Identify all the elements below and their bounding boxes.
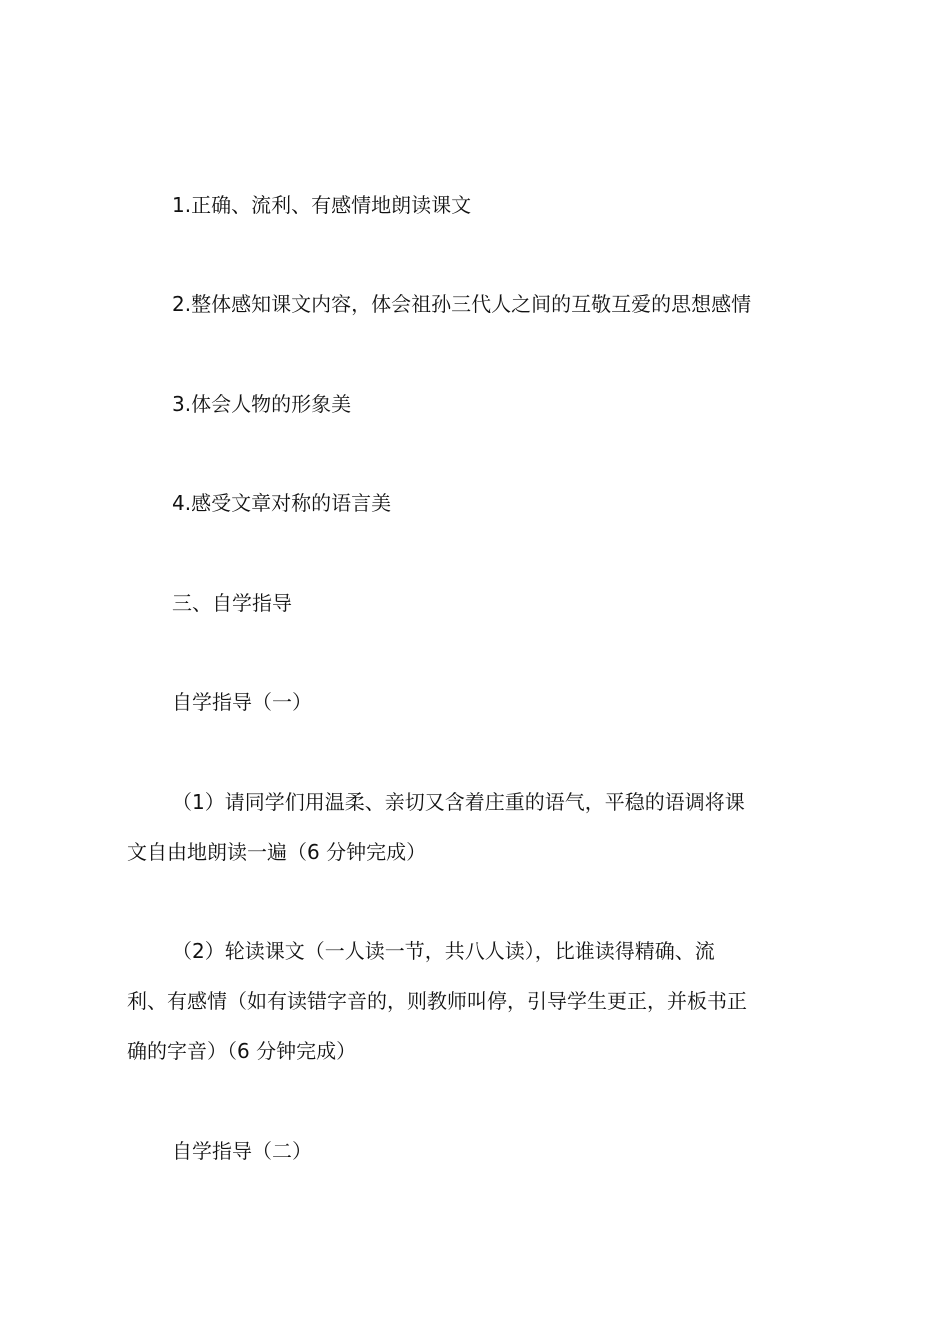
goal-3: 3.体会人物的形象美 (172, 389, 351, 419)
guide2-title: 自学指导（二） (172, 1136, 312, 1166)
guide1-item1-line1: （1）请同学们用温柔、亲切又含着庄重的语气，平稳的语调将课 (172, 787, 745, 817)
goal-4: 4.感受文章对称的语言美 (172, 488, 391, 518)
guide1-item1-line2: 文自由地朗读一遍（6 分钟完成） (127, 837, 831, 867)
goal-1: 1.正确、流利、有感情地朗读课文 (172, 190, 471, 220)
section-heading: 三、自学指导 (172, 588, 292, 618)
guide1-item2-line1: （2）轮读课文（一人读一节，共八人读），比谁读得精确、流 (172, 936, 715, 966)
guide1-title: 自学指导（一） (172, 687, 312, 717)
guide1-item2-line3: 确的字音）（6 分钟完成） (127, 1036, 831, 1066)
guide1-item2-line2: 利、有感情（如有读错字音的，则教师叫停，引导学生更正，并板书正 (127, 986, 831, 1016)
goal-2: 2.整体感知课文内容，体会祖孙三代人之间的互敬互爱的思想感情 (172, 289, 751, 319)
